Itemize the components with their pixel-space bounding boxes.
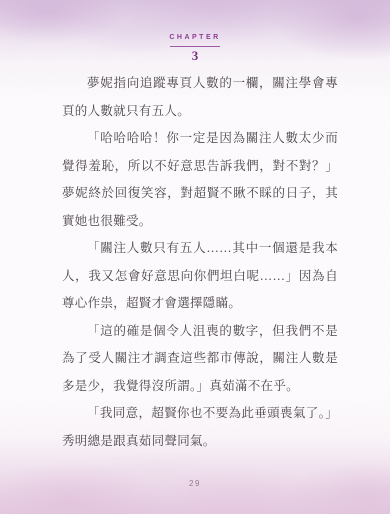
book-page: CHAPTER 3 夢妮指向追蹤專頁人數的一欄，關注學會專頁的人數就只有五人。 … [0, 0, 390, 514]
body-paragraph: 「哈哈哈哈！你一定是因為關注人數太少而覺得羞恥，所以不好意思告訴我們，對不對？」… [62, 125, 338, 235]
body-paragraph: 「關注人數只有五人……其中一個還是我本人，我又怎會好意思向你們坦白呢……」因為自… [62, 235, 338, 318]
body-text-block: 夢妮指向追蹤專頁人數的一欄，關注學會專頁的人數就只有五人。 「哈哈哈哈！你一定是… [62, 70, 338, 455]
page-number: 29 [0, 479, 390, 488]
body-paragraph: 「這的確是個令人沮喪的數字，但我們不是為了受人關注才調查這些都市傳說，關注人數是… [62, 318, 338, 401]
chapter-divider-rule [170, 46, 220, 47]
chapter-number: 3 [0, 49, 390, 62]
chapter-label: CHAPTER [169, 34, 220, 41]
chapter-header: CHAPTER 3 [0, 26, 390, 62]
body-paragraph: 夢妮指向追蹤專頁人數的一欄，關注學會專頁的人數就只有五人。 [62, 70, 338, 125]
body-paragraph: 「我同意，超賢你也不要為此垂頭喪氣了。」秀明總是跟真茹同聲同氣。 [62, 400, 338, 455]
